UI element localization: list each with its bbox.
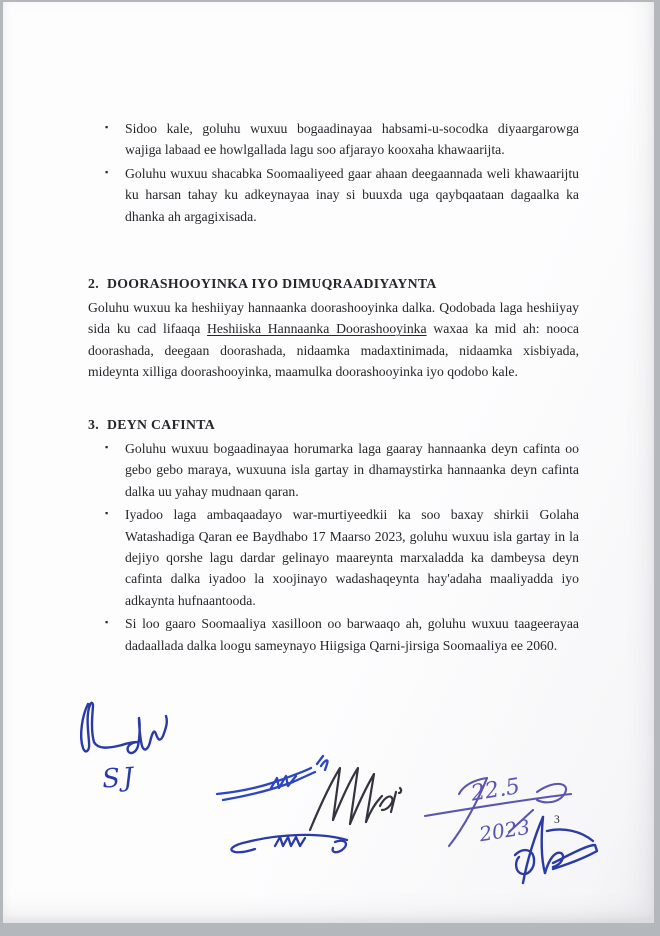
signature-tall-zigzag-dark — [306, 762, 418, 834]
signature-flourish-triangle — [503, 807, 603, 891]
bullet-square-icon: ▪ — [105, 503, 125, 524]
section-number: 3. — [88, 414, 107, 435]
section-number: 2. — [88, 273, 107, 294]
bullet-item: ▪ Goluhu wuxuu bogaadinayaa horumarka la… — [88, 438, 579, 502]
bullet-item: ▪ Sidoo kale, goluhu wuxuu bogaadinayaa … — [88, 118, 579, 161]
section-title: DEYN CAFINTA — [107, 414, 215, 435]
bullet-list-debt-relief: ▪ Goluhu wuxuu bogaadinayaa horumarka la… — [88, 438, 579, 656]
bullet-square-icon: ▪ — [105, 162, 125, 183]
bullet-square-icon: ▪ — [105, 437, 125, 458]
bullet-item: ▪ Iyadoo laga ambaqaadayo war-murtiyeedk… — [88, 504, 579, 611]
bullet-text: Iyadoo laga ambaqaadayo war-murtiyeedkii… — [125, 504, 579, 611]
section-heading-debt-relief: 3. DEYN CAFINTA — [88, 414, 579, 435]
underlined-agreement-title: Heshiiska Hannaanka Doorashooyinka — [207, 321, 427, 336]
signature-horizontal-scrawl — [223, 828, 353, 862]
section-heading-elections: 2. DOORASHOOYINKA IYO DIMUQRAADIYAYNTA — [88, 273, 579, 294]
photo-background: ▪ Sidoo kale, goluhu wuxuu bogaadinayaa … — [0, 0, 660, 936]
bullet-text: Goluhu wuxuu bogaadinayaa horumarka laga… — [125, 438, 579, 502]
bullet-square-icon: ▪ — [105, 117, 125, 138]
bullet-text: Si loo gaaro Soomaaliya xasilloon oo bar… — [125, 613, 579, 656]
bullet-list-top: ▪ Sidoo kale, goluhu wuxuu bogaadinayaa … — [88, 118, 579, 227]
signature-initials-sj: SJ — [98, 754, 154, 798]
bullet-item: ▪ Goluhu wuxuu shacabka Soomaaliyeed gaa… — [88, 163, 579, 227]
section-elections-paragraph: Goluhu wuxuu ka heshiiyay hannaanka door… — [88, 297, 579, 383]
bullet-text: Goluhu wuxuu shacabka Soomaaliyeed gaar … — [125, 163, 579, 227]
bullet-square-icon: ▪ — [105, 612, 125, 633]
section-title: DOORASHOOYINKA IYO DIMUQRAADIYAYNTA — [107, 273, 437, 294]
bullet-text: Sidoo kale, goluhu wuxuu bogaadinayaa ha… — [125, 118, 579, 161]
handwritten-initials-text: SJ — [101, 762, 137, 794]
page-number: 3 — [554, 814, 560, 826]
document-page: ▪ Sidoo kale, goluhu wuxuu bogaadinayaa … — [3, 2, 654, 923]
bullet-item: ▪ Si loo gaaro Soomaaliya xasilloon oo b… — [88, 613, 579, 656]
